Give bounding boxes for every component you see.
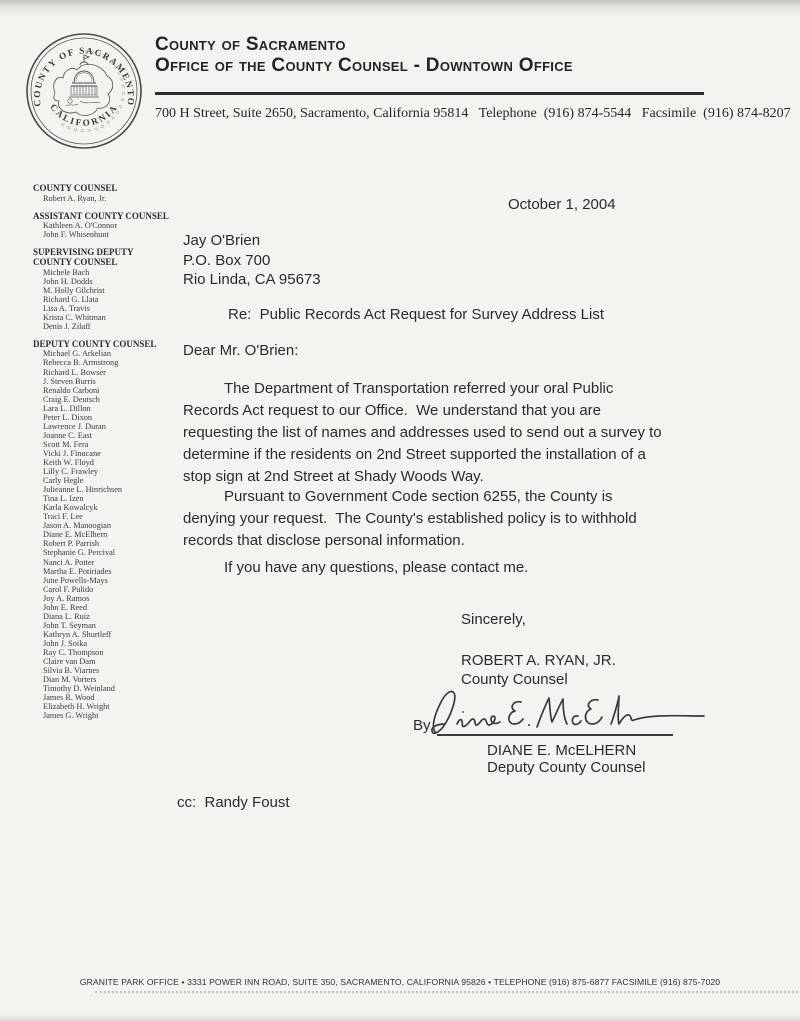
- roster-name: Kathryn A. Shurtleff: [33, 630, 168, 639]
- capitol-dome-icon: [54, 55, 113, 115]
- roster-name: Lawrence J. Duran: [33, 422, 168, 431]
- header-rule: [155, 92, 704, 95]
- scan-edge-bottom: [0, 1013, 800, 1021]
- paragraph-line: Records Act request to our Office. We un…: [183, 400, 713, 422]
- roster-name: Rebecca B. Armstrong: [33, 358, 168, 367]
- roster-name: Silvia B. Viarnes: [33, 666, 168, 675]
- roster-name: John E. Reed: [33, 603, 168, 612]
- roster-name: James G. Wright: [33, 711, 168, 720]
- roster-heading: ASSISTANT COUNTY COUNSEL: [33, 212, 168, 222]
- roster-name: John J. Soika: [33, 639, 168, 648]
- scan-edge-top: [0, 0, 800, 16]
- roster-name: Lisa A. Travis: [33, 304, 168, 313]
- paragraph-line: records that disclose personal informati…: [183, 530, 713, 552]
- signature-line: [437, 734, 673, 736]
- body-paragraph-3: If you have any questions, please contac…: [183, 557, 713, 579]
- roster-name: Robert A. Ryan, Jr.: [33, 194, 168, 203]
- perforation-line: [95, 991, 798, 993]
- roster-name: Robert P. Parrish: [33, 539, 168, 548]
- roster-name: Tina L. Izen: [33, 494, 168, 503]
- roster-name: Diane E. McElhern: [33, 530, 168, 539]
- paragraph-line: denying your request. The County's estab…: [183, 508, 713, 530]
- roster-name: Richard L. Bowser: [33, 368, 168, 377]
- roster-name: Julieanne L. Hinrichsen: [33, 485, 168, 494]
- signatory-title: Deputy County Counsel: [487, 757, 645, 779]
- roster-name: Dian M. Vorters: [33, 675, 168, 684]
- paragraph-line: requesting the list of names and address…: [183, 422, 713, 444]
- roster-name: Diana L. Ruiz: [33, 612, 168, 621]
- footer-office-line: GRANITE PARK OFFICE • 3331 POWER INN ROA…: [0, 977, 800, 987]
- roster-name: John F. Whisenhunt: [33, 230, 168, 239]
- roster-name: Martha E. Potiriades: [33, 567, 168, 576]
- roster-name: Timothy D. Weinland: [33, 684, 168, 693]
- roster-name: Stephanie G. Percival: [33, 548, 168, 557]
- paragraph-line: determine if the residents on 2nd Street…: [183, 444, 713, 466]
- roster-name: Richard G. Llata: [33, 295, 168, 304]
- roster-name: Kathleen A. O'Connor: [33, 221, 168, 230]
- roster-name: Joanne C. East: [33, 431, 168, 440]
- roster-name: Claire van Dam: [33, 657, 168, 666]
- re-line: Re: Public Records Act Request for Surve…: [228, 304, 604, 326]
- org-name: County of Sacramento: [155, 34, 795, 55]
- roster-heading: DEPUTY COUNTY COUNSEL: [33, 340, 168, 350]
- roster-name: Carly Hegle: [33, 476, 168, 485]
- roster-name: Carol F. Pulido: [33, 585, 168, 594]
- roster-section-1: COUNTY COUNSELRobert A. Ryan, Jr.: [33, 184, 168, 203]
- roster-section-2: ASSISTANT COUNTY COUNSELKathleen A. O'Co…: [33, 212, 168, 240]
- recipient-line: P.O. Box 700: [183, 251, 321, 271]
- cc-line: cc: Randy Foust: [177, 792, 290, 814]
- roster-name: Peter L. Dixon: [33, 413, 168, 422]
- roster-name: J. Steven Burris: [33, 377, 168, 386]
- roster-name: M. Holly Gilchrist: [33, 286, 168, 295]
- closing: Sincerely,: [461, 609, 526, 631]
- county-seal: COUNTY OF SACRAMENTO CALIFORNIA ☆ ☆ ☆ ☆ …: [24, 31, 144, 151]
- roster-heading: COUNTY COUNSEL: [33, 184, 168, 194]
- roster-name: Karla Kowalcyk: [33, 503, 168, 512]
- recipient-line: Jay O'Brien: [183, 231, 321, 251]
- roster-name: Lilly C. Frawley: [33, 467, 168, 476]
- roster-section-4: DEPUTY COUNTY COUNSELMichael G. Arkelian…: [33, 340, 168, 721]
- roster-name: John T. Seyman: [33, 621, 168, 630]
- paragraph-line: If you have any questions, please contac…: [183, 557, 713, 579]
- roster-name: Craig E. Deutsch: [33, 395, 168, 404]
- signature-image: [421, 686, 711, 740]
- letterhead: County of Sacramento Office of the Count…: [155, 34, 795, 76]
- roster-name: Krista C. Whitman: [33, 313, 168, 322]
- roster-section-3: SUPERVISING DEPUTYCOUNTY COUNSELMichele …: [33, 248, 168, 331]
- roster-heading: COUNTY COUNSEL: [33, 258, 168, 268]
- roster-name: Nanci A. Potter: [33, 558, 168, 567]
- roster-name: Vicki J. Finucane: [33, 449, 168, 458]
- office-name: Office of the County Counsel - Downtown …: [155, 55, 795, 76]
- paragraph-line: stop sign at 2nd Street at Shady Woods W…: [183, 466, 713, 488]
- roster-name: Traci F. Lee: [33, 512, 168, 521]
- roster-name: Keith W. Floyd: [33, 458, 168, 467]
- roster-name: Lara L. Dillon: [33, 404, 168, 413]
- roster-name: James R. Wood: [33, 693, 168, 702]
- recipient-block: Jay O'BrienP.O. Box 700Rio Linda, CA 956…: [183, 231, 321, 290]
- roster-name: Michele Bach: [33, 268, 168, 277]
- paragraph-line: Pursuant to Government Code section 6255…: [183, 486, 713, 508]
- address-line: 700 H Street, Suite 2650, Sacramento, Ca…: [155, 106, 791, 122]
- roster-name: Joy A. Ramos: [33, 594, 168, 603]
- recipient-line: Rio Linda, CA 95673: [183, 270, 321, 290]
- staff-roster: COUNTY COUNSELRobert A. Ryan, Jr.ASSISTA…: [33, 184, 168, 729]
- roster-name: Scott M. Fera: [33, 440, 168, 449]
- roster-name: Denis J. Zilaff: [33, 322, 168, 331]
- salutation: Dear Mr. O'Brien:: [183, 340, 298, 362]
- paragraph-line: The Department of Transportation referre…: [183, 378, 713, 400]
- body-paragraph-1: The Department of Transportation referre…: [183, 378, 713, 488]
- roster-name: Renaldo Carboni: [33, 386, 168, 395]
- body-paragraph-2: Pursuant to Government Code section 6255…: [183, 486, 713, 552]
- roster-name: June Powells-Mays: [33, 576, 168, 585]
- roster-name: Ray C. Thompson: [33, 648, 168, 657]
- county-seal-graphic: COUNTY OF SACRAMENTO CALIFORNIA ☆ ☆ ☆ ☆ …: [24, 31, 144, 151]
- roster-name: Elizabeth H. Wright: [33, 702, 168, 711]
- letter-date: October 1, 2004: [508, 196, 616, 213]
- roster-name: Jason A. Manoogian: [33, 521, 168, 530]
- roster-name: Michael G. Arkelian: [33, 349, 168, 358]
- roster-name: John H. Dodds: [33, 277, 168, 286]
